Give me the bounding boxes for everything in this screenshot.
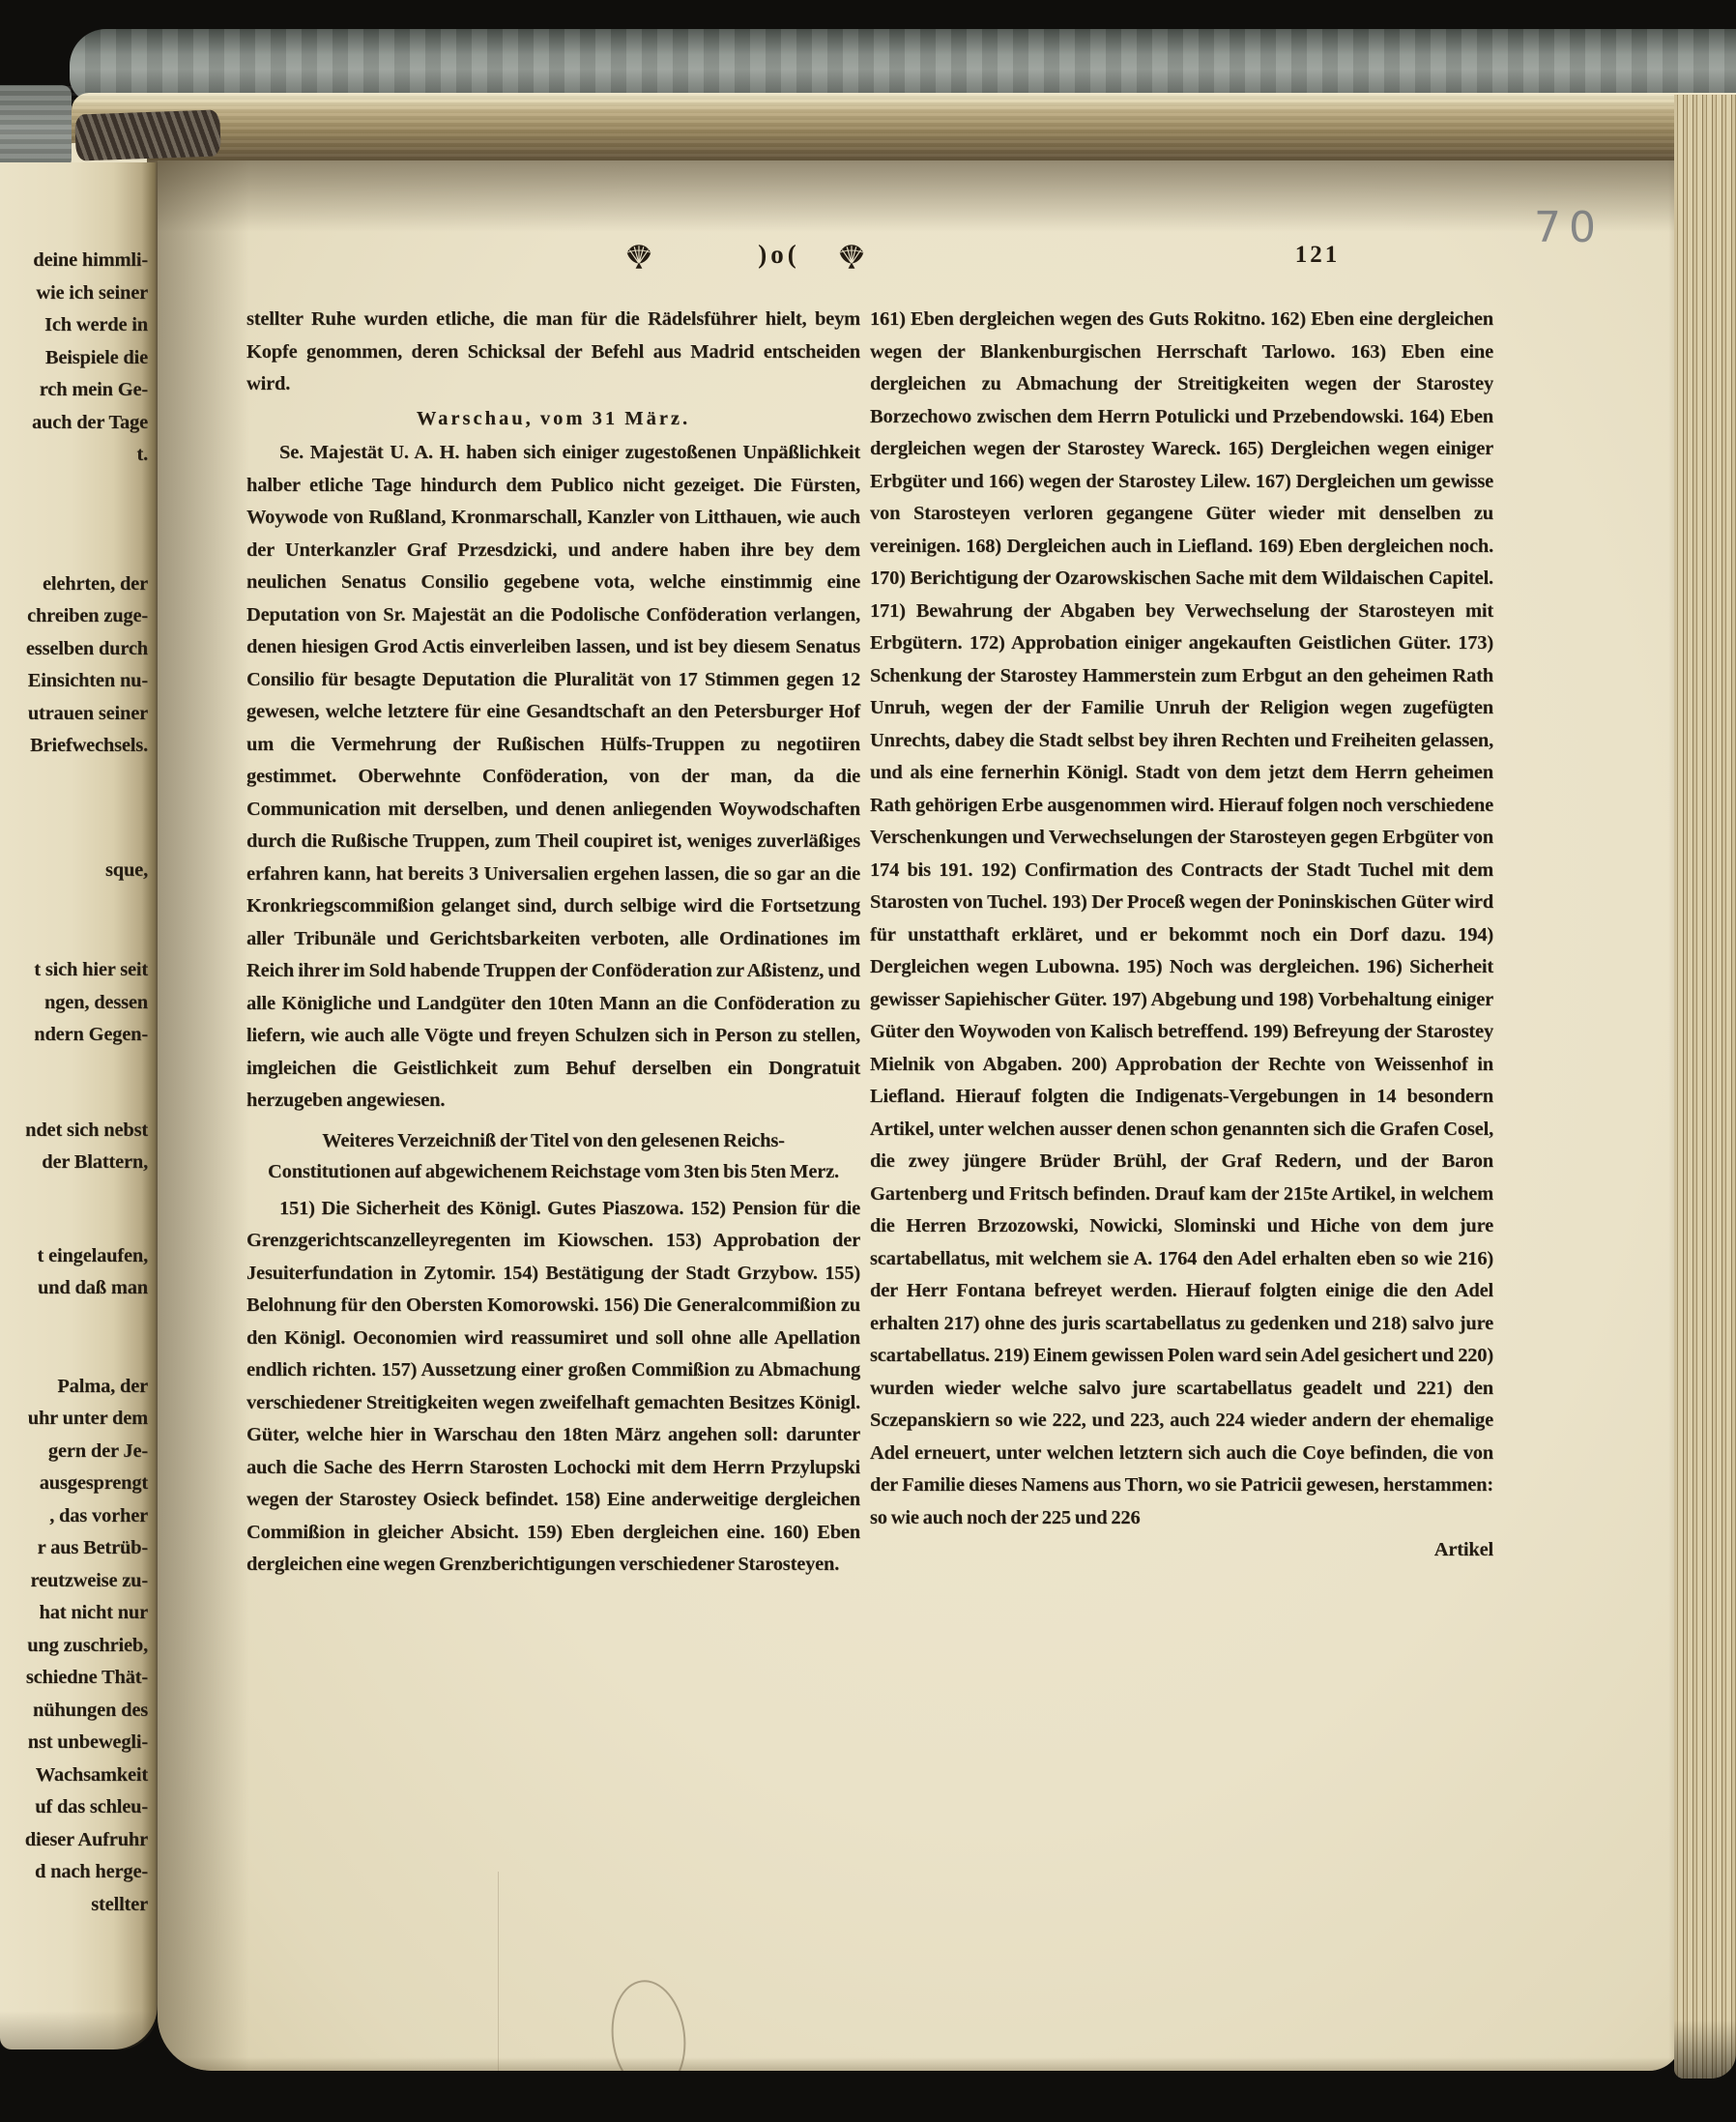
- margin-text-line: sque,: [0, 855, 148, 887]
- margin-text-line: reutzweise zu-: [0, 1565, 148, 1598]
- margin-text-line: ung zuschrieb,: [0, 1630, 148, 1663]
- margin-text-line: chreiben zuge-: [0, 600, 148, 633]
- left-column: stellter Ruhe wurden etliche, die man fü…: [246, 304, 860, 1582]
- facing-page-edge: deine himmli- wie ich seiner Ich werde i…: [0, 162, 158, 2049]
- margin-text-line: dieser Aufruhr: [0, 1824, 148, 1857]
- text-block: 161) Eben dergleichen wegen des Guts Rok…: [870, 304, 1493, 1534]
- binding-cloth-left: [0, 85, 72, 168]
- margin-text-line: und daß man: [0, 1272, 148, 1305]
- margin-text-line: utrauen seiner: [0, 698, 148, 731]
- margin-text-line: ausgesprengt: [0, 1468, 148, 1500]
- book-scan: deine himmli- wie ich seiner Ich werde i…: [0, 0, 1736, 2122]
- shell-ornament-icon: [836, 244, 867, 271]
- text-block: Warschau, vom 31 März.: [246, 403, 860, 436]
- margin-text-line: Wachsamkeit: [0, 1759, 148, 1792]
- page-header: )o( 121: [158, 242, 1682, 280]
- header-divider-mark: )o(: [726, 240, 832, 270]
- fore-edge-pages: [1674, 95, 1736, 2078]
- margin-text-line: ndet sich nebst: [0, 1115, 148, 1148]
- gutter-shadow: [158, 160, 249, 2071]
- text-columns: stellter Ruhe wurden etliche, die man fü…: [246, 304, 1493, 1582]
- main-page: 70 )o( 121: [158, 160, 1682, 2071]
- binding-cloth-top: [70, 29, 1736, 102]
- margin-text-line: t.: [0, 439, 148, 472]
- margin-text-line: elehrten, der: [0, 568, 148, 601]
- margin-text-line: hat nicht nur: [0, 1597, 148, 1630]
- margin-text-line: ndern Gegen-: [0, 1019, 148, 1052]
- margin-text-line: Palma, der: [0, 1371, 148, 1404]
- catchword: Artikel: [870, 1534, 1493, 1567]
- margin-text-line: nst unbewegli-: [0, 1727, 148, 1759]
- paper-crease: [498, 1872, 499, 2071]
- text-block: Se. Majestät U. A. H. haben sich einiger…: [246, 437, 860, 1118]
- page-number: 121: [1259, 242, 1375, 269]
- margin-text-line: d nach herge-: [0, 1856, 148, 1889]
- margin-text-line: uf das schleu-: [0, 1791, 148, 1824]
- margin-text-line: der Blattern,: [0, 1147, 148, 1179]
- right-column: 161) Eben dergleichen wegen des Guts Rok…: [870, 304, 1493, 1582]
- pencil-mark: [605, 1976, 692, 2071]
- shell-ornament-icon: [623, 244, 654, 271]
- margin-text-line: t eingelaufen,: [0, 1240, 148, 1273]
- margin-text-line: auch der Tage: [0, 407, 148, 440]
- text-block: Weiteres Verzeichniß der Titel von den g…: [264, 1125, 843, 1187]
- page-bottom-shadow: [158, 2057, 1682, 2071]
- margin-text-line: schiedne Thät-: [0, 1662, 148, 1695]
- margin-text-line: , das vorher: [0, 1500, 148, 1533]
- margin-text-line: deine himmli-: [0, 245, 148, 277]
- headband: [74, 109, 221, 160]
- margin-text-line: stellter: [0, 1889, 148, 1922]
- margin-text-line: nühungen des: [0, 1695, 148, 1728]
- margin-text-line: ngen, dessen: [0, 987, 148, 1020]
- margin-text-line: t sich hier seit: [0, 954, 148, 987]
- text-block: stellter Ruhe wurden etliche, die man fü…: [246, 304, 860, 401]
- margin-text-line: esselben durch: [0, 633, 148, 666]
- margin-text-line: rch mein Ge-: [0, 374, 148, 407]
- margin-text-line: Beispiele die: [0, 342, 148, 375]
- margin-text-line: uhr unter dem: [0, 1403, 148, 1436]
- margin-text-line: wie ich seiner: [0, 277, 148, 310]
- margin-text-line: Briefwechsels.: [0, 730, 148, 763]
- text-block: 151) Die Sicherheit des Königl. Gutes Pi…: [246, 1193, 860, 1582]
- margin-text-line: Ich werde in: [0, 309, 148, 342]
- margin-text-line: gern der Je-: [0, 1436, 148, 1468]
- adjacent-page-text: deine himmli- wie ich seiner Ich werde i…: [0, 245, 148, 1921]
- page-top-shadow: [158, 160, 1682, 232]
- margin-text-line: Einsichten nu-: [0, 665, 148, 698]
- margin-text-line: r aus Betrüb-: [0, 1532, 148, 1565]
